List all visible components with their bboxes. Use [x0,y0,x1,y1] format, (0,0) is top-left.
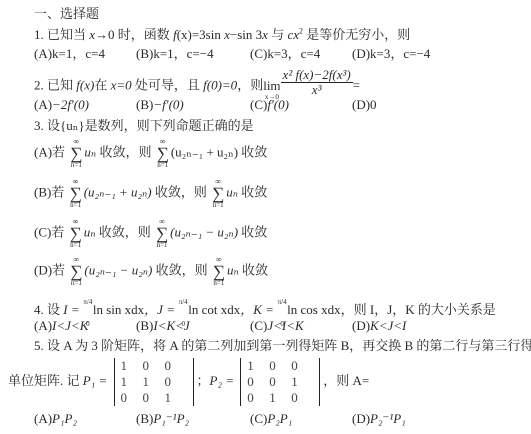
sigma-icon: ∞∑n=1 [156,218,168,249]
q5-option-c[interactable]: (C)P₂P₁ [250,411,292,427]
limit-fraction: x² f(x)−2f(x³)x³ [281,68,353,97]
q1-option-c[interactable]: (C)k=3，c=4 [250,46,320,62]
q3-option-d[interactable]: (D)若 ∞∑n=1(u₂ₙ₋₁ − u₂ₙ) 收敛，则 ∞∑n=1uₙ 收敛 [34,256,268,287]
q1-option-d[interactable]: (D)k=3，c=−4 [352,46,430,62]
question-5-stem: 5. 设 A 为 3 阶矩阵，将 A 的第二列加到第一列得矩阵 B，再交换 B … [34,338,531,354]
q3-option-b[interactable]: (B)若 ∞∑n=1(u₂ₙ₋₁ + u₂ₙ) 收敛，则 ∞∑n=1uₙ 收敛 [34,178,267,209]
sigma-icon: ∞∑n=1 [212,178,224,209]
section-title: 一、选择题 [34,6,99,22]
sigma-icon: ∞∑n=1 [157,138,169,169]
q5-option-d[interactable]: (D)P₂⁻¹P₁ [352,411,406,427]
q2-option-c[interactable]: (C)f′(0) [250,97,289,113]
q2-option-d[interactable]: (D)0 [352,97,377,113]
question-5-matrices: 单位矩阵. 记 P₁ = 100 110 001 ；P₂ = 100 001 0… [8,354,369,408]
q3-option-a[interactable]: (A)若 ∞∑n=1uₙ 收敛，则 ∞∑n=1(u₂ₙ₋₁ + u₂ₙ) 收敛 [34,138,267,169]
q5-option-b[interactable]: (B)P₁⁻¹P₂ [136,411,189,427]
question-3-stem: 3. 设{uₙ}是数列，则下列命题正确的是 [34,118,254,134]
q1-option-b[interactable]: (B)k=1，c=−4 [136,46,214,62]
q1-number: 1. [34,27,44,42]
sigma-icon: ∞∑n=1 [213,256,225,287]
q1-option-a[interactable]: (A)k=1，c=4 [34,46,105,62]
sigma-icon: ∞∑n=1 [70,256,82,287]
sigma-icon: ∞∑n=1 [70,178,82,209]
sigma-icon: ∞∑n=1 [70,138,82,169]
q4-option-c[interactable]: (C)J<I<K [250,318,304,334]
matrix-p1: 100 110 001 [114,358,194,406]
q2-option-b[interactable]: (B)−f′(0) [136,97,184,113]
q4-option-b[interactable]: (B)I<K<J [136,318,190,334]
q2-option-a[interactable]: (A)−2f′(0) [34,97,89,113]
question-1-stem: 1. 已知当 x→0 时，函数 f(x)=3sin x−sin 3x 与 cx2… [34,27,410,43]
q5-option-a[interactable]: (A)P₁P₂ [34,411,77,427]
q3-option-c[interactable]: (C)若 ∞∑n=1uₙ 收敛，则 ∞∑n=1(u₂ₙ₋₁ − u₂ₙ) 收敛 [34,218,267,249]
matrix-p2: 100 001 010 [240,358,320,406]
sigma-icon: ∞∑n=1 [70,218,82,249]
q4-option-d[interactable]: (D)K<J<I [352,318,406,334]
q4-option-a[interactable]: (A)I<J<K [34,318,88,334]
